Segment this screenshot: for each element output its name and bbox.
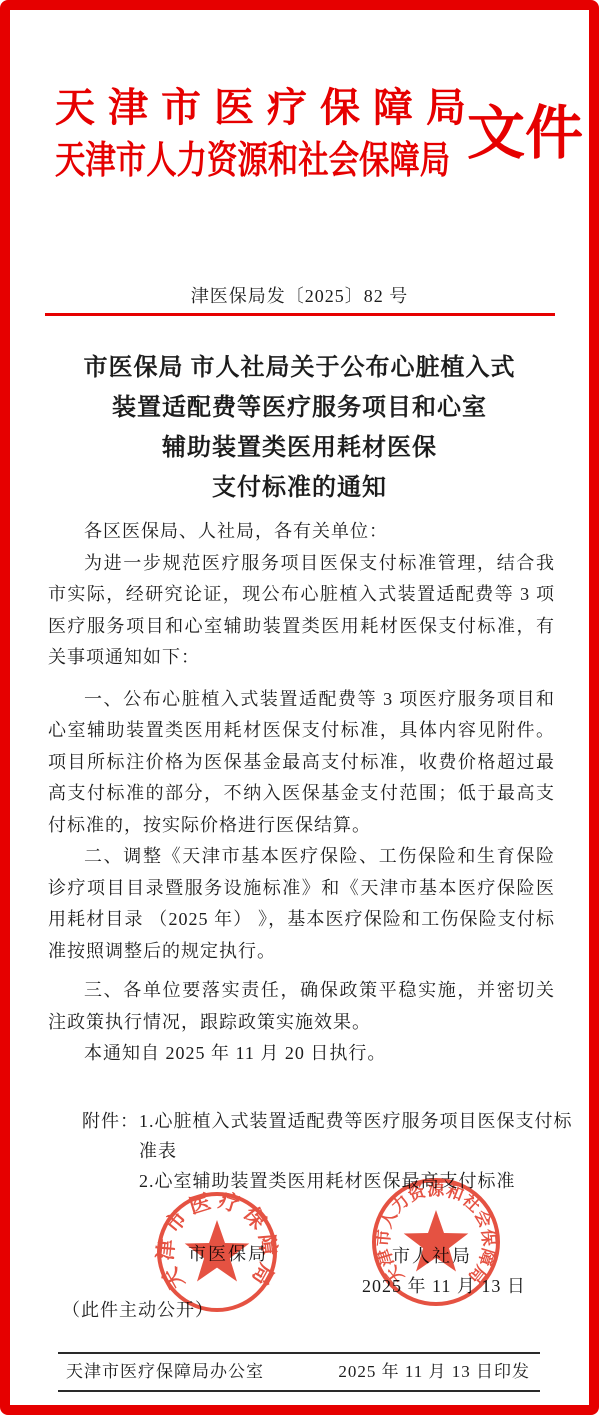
attachments-label: 附件：	[82, 1106, 139, 1196]
org-name-line2: 天津市人力资源和社会保障局	[55, 134, 450, 188]
footer-bar: 天津市医疗保障局办公室 2025 年 11 月 13 日印发	[58, 1352, 540, 1392]
official-seal-medical-insurance-icon: 天津市医疗保障局	[151, 1186, 283, 1318]
seal-star-icon	[185, 1220, 250, 1282]
document-title: 市医保局 市人社局关于公布心脏植入式 装置适配费等医疗服务项目和心室 辅助装置类…	[10, 348, 589, 508]
document-body: 各区医保局、人社局，各有关单位： 为进一步规范医疗服务项目医保支付标准管理，结合…	[48, 516, 555, 1070]
doc-type-label: 文件	[467, 104, 583, 164]
seal-star-icon	[404, 1210, 469, 1272]
paragraph-item-1: 一、公布心脏植入式装置适配费等 3 项医疗服务项目和心室辅助装置类医用耗材医保支…	[48, 684, 555, 842]
org-name-line1: 天 津 市 医 疗 保 障 局	[55, 82, 467, 134]
footer-issuing-office: 天津市医疗保障局办公室	[66, 1361, 264, 1383]
paragraph-item-2: 二、调整《天津市基本医疗保险、工伤保险和生育保险诊疗项目目录暨服务设施标准》和《…	[48, 841, 555, 967]
letterhead: 天 津 市 医 疗 保 障 局 天津市人力资源和社会保障局 文件	[10, 82, 589, 188]
title-line-4: 支付标准的通知	[10, 468, 589, 508]
title-line-2: 装置适配费等医疗服务项目和心室	[10, 388, 589, 428]
doc-number: 津医保局发〔2025〕82 号	[10, 284, 589, 308]
title-line-3: 辅助装置类医用耗材医保	[10, 428, 589, 468]
official-seal-human-resources-icon: 天津市人力资源和社会保障局	[366, 1172, 506, 1312]
attachment-item-1: 1.心脏植入式装置适配费等医疗服务项目医保支付标准表	[139, 1106, 581, 1166]
footer-print-date: 2025 年 11 月 13 日印发	[338, 1361, 530, 1383]
red-separator-rule	[45, 313, 555, 316]
salutation: 各区医保局、人社局，各有关单位：	[48, 516, 555, 548]
document-page: 天 津 市 医 疗 保 障 局 天津市人力资源和社会保障局 文件 津医保局发〔2…	[0, 0, 599, 1415]
attachments-list: 1.心脏植入式装置适配费等医疗服务项目医保支付标准表 2.心室辅助装置类医用耗材…	[139, 1106, 581, 1196]
paragraph-item-3: 三、各单位要落实责任，确保政策平稳实施，并密切关注政策执行情况，跟踪政策实施效果…	[48, 975, 555, 1038]
paragraph-effective-date: 本通知自 2025 年 11 月 20 日执行。	[48, 1038, 555, 1070]
letterhead-org-names: 天 津 市 医 疗 保 障 局 天津市人力资源和社会保障局	[55, 82, 467, 188]
paragraph-intro: 为进一步规范医疗服务项目医保支付标准管理，结合我市实际，经研究论证，现公布心脏植…	[48, 548, 555, 674]
title-line-1: 市医保局 市人社局关于公布心脏植入式	[10, 348, 589, 388]
